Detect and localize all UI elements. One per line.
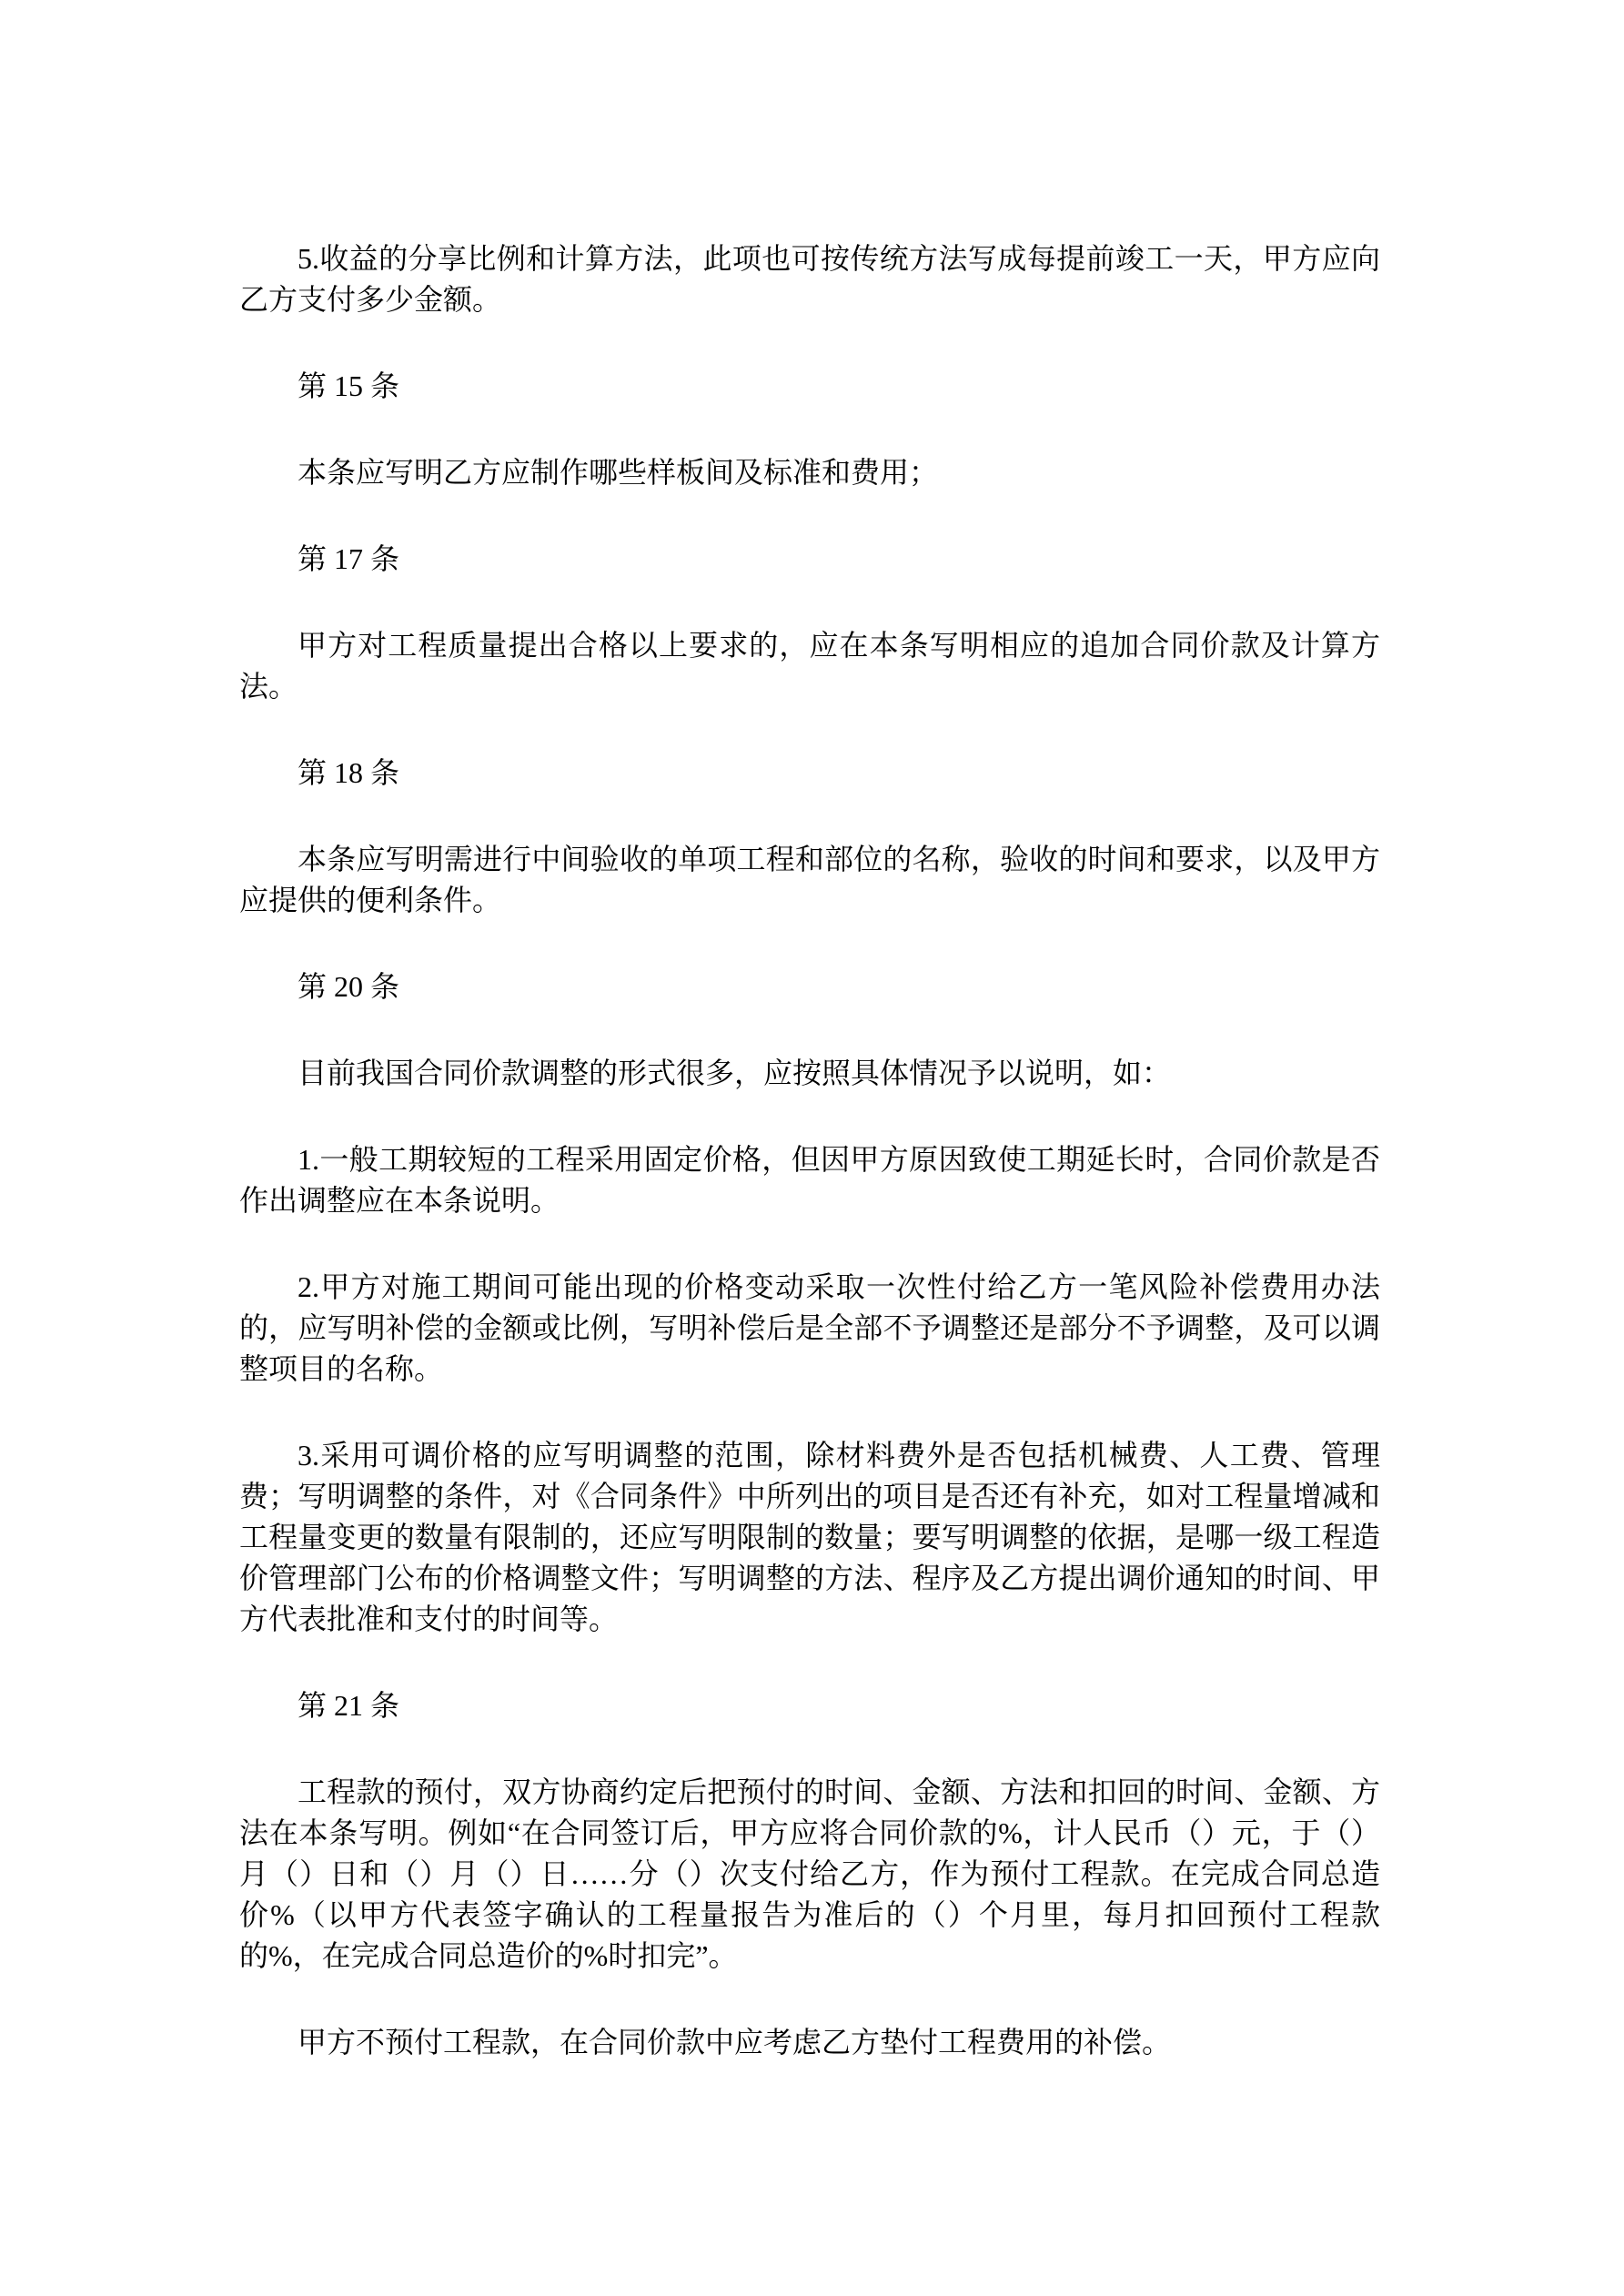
paragraph: 工程款的预付，双方协商约定后把预付的时间、金额、方法和扣回的时间、金额、方法在本…: [239, 1772, 1380, 1977]
paragraph: 2.甲方对施工期间可能出现的价格变动采取一次性付给乙方一笔风险补偿费用办法的，应…: [239, 1267, 1380, 1390]
document-body: 5.收益的分享比例和计算方法，此项也可按传统方法写成每提前竣工一天，甲方应向乙方…: [239, 238, 1380, 2063]
paragraph: 甲方对工程质量提出合格以上要求的，应在本条写明相应的追加合同价款及计算方法。: [239, 625, 1380, 707]
article-heading: 第 18 条: [239, 753, 1380, 794]
paragraph: 5.收益的分享比例和计算方法，此项也可按传统方法写成每提前竣工一天，甲方应向乙方…: [239, 238, 1380, 320]
document-page: 5.收益的分享比例和计算方法，此项也可按传统方法写成每提前竣工一天，甲方应向乙方…: [0, 0, 1624, 2296]
paragraph: 1.一般工期较短的工程采用固定价格，但因甲方原因致使工期延长时，合同价款是否作出…: [239, 1139, 1380, 1221]
paragraph: 甲方不预付工程款，在合同价款中应考虑乙方垫付工程费用的补偿。: [239, 2022, 1380, 2063]
article-heading: 第 20 条: [239, 966, 1380, 1007]
article-heading: 第 21 条: [239, 1685, 1380, 1726]
paragraph: 目前我国合同价款调整的形式很多，应按照具体情况予以说明，如：: [239, 1053, 1380, 1094]
article-heading: 第 17 条: [239, 539, 1380, 580]
paragraph: 本条应写明需进行中间验收的单项工程和部位的名称，验收的时间和要求，以及甲方应提供…: [239, 839, 1380, 921]
paragraph: 本条应写明乙方应制作哪些样板间及标准和费用；: [239, 452, 1380, 493]
paragraph: 3.采用可调价格的应写明调整的范围，除材料费外是否包括机械费、人工费、管理费；写…: [239, 1435, 1380, 1640]
article-heading: 第 15 条: [239, 366, 1380, 407]
